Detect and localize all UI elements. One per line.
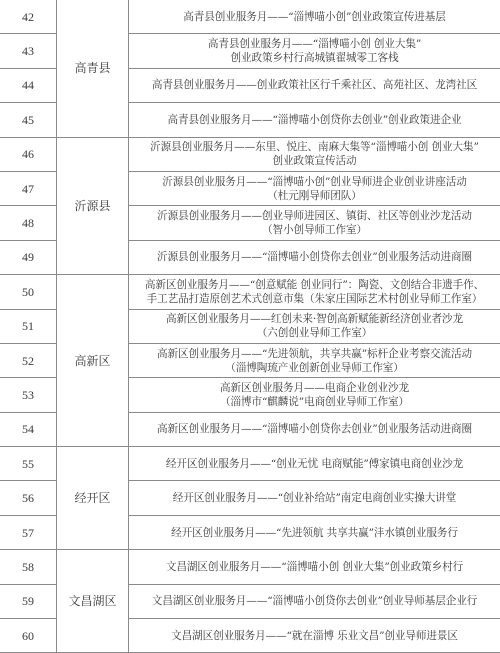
activity-table: 42高青县高青县创业服务月——“淄博喵小创”创业政策宣传进基层43高青县创业服务… <box>0 0 500 653</box>
activity-description-cell: 沂源县创业服务月——“淄博喵小创”创业导师进企业创业讲座活动（杜元刚导师团队） <box>129 171 500 205</box>
row-number-cell: 43 <box>0 34 57 68</box>
activity-description-cell: 高新区创业服务月——“先进领航，共享共赢”标杆企业考察交流活动（淄博陶琉产业创新… <box>129 343 500 377</box>
row-number-cell: 45 <box>0 103 57 137</box>
row-number-cell: 48 <box>0 206 57 240</box>
row-number-cell: 58 <box>0 550 57 584</box>
activity-description-line: 文昌湖区创业服务月——“就在淄博 乐业文昌”创业导师进景区 <box>131 629 498 643</box>
activity-description-line: 高青县创业服务月——创业政策社区行千乘社区、高苑社区、龙湾社区 <box>131 78 498 92</box>
row-number-cell: 44 <box>0 68 57 102</box>
activity-description-cell: 经开区创业服务月——“创业无忧 电商赋能”傅家镇电商创业沙龙 <box>129 447 500 481</box>
activity-description-line: 沂源县创业服务月——“淄博喵小创”创业导师进企业创业讲座活动 <box>131 175 498 189</box>
activity-description-line: （智小创导师工作室） <box>131 223 498 237</box>
activity-description-line: 经开区创业服务月——“先进领航 共享共赢”沣水镇创业服务行 <box>131 526 498 540</box>
area-cell: 沂源县 <box>57 137 129 275</box>
activity-description-cell: 高青县创业服务月——“淄博喵小创 创业大集”创业政策乡村行高城镇翟城零工客栈 <box>129 34 500 68</box>
area-cell: 高青县 <box>57 0 129 137</box>
activity-description-cell: 经开区创业服务月——“先进领航 共享共赢”沣水镇创业服务行 <box>129 515 500 549</box>
activity-description-cell: 高青县创业服务月——“淄博喵小创”创业政策宣传进基层 <box>129 0 500 34</box>
activity-description-line: （杜元刚导师团队） <box>131 189 498 203</box>
activity-description-cell: 高新区创业服务月——“淄博喵小创贷你去创业”创业服务活动进商圈 <box>129 412 500 446</box>
activity-description-cell: 沂源县创业服务月——创业导师进园区、镇街、社区等创业沙龙活动（智小创导师工作室） <box>129 206 500 240</box>
row-number-cell: 53 <box>0 378 57 412</box>
activity-description-line: 经开区创业服务月——“创业补给站”南定电商创业实操大讲堂 <box>131 491 498 505</box>
activity-description-cell: 沂源县创业服务月——东里、悦庄、南麻大集等“淄博喵小创 创业大集”创业政策宣传活… <box>129 137 500 171</box>
row-number-cell: 51 <box>0 309 57 343</box>
activity-table-body: 42高青县高青县创业服务月——“淄博喵小创”创业政策宣传进基层43高青县创业服务… <box>0 0 500 653</box>
row-number-cell: 59 <box>0 584 57 618</box>
row-number-cell: 50 <box>0 275 57 309</box>
row-number-cell: 55 <box>0 447 57 481</box>
activity-description-line: 手工艺品打造原创艺术式创意市集（朱家庄国际艺术村创业导师工作室） <box>131 292 498 306</box>
area-cell: 文昌湖区 <box>57 550 129 653</box>
table-row: 55经开区经开区创业服务月——“创业无忧 电商赋能”傅家镇电商创业沙龙 <box>0 447 500 481</box>
activity-description-line: 高青县创业服务月——“淄博喵小创贷你去创业”创业政策进企业 <box>131 113 498 127</box>
row-number-cell: 54 <box>0 412 57 446</box>
activity-description-cell: 文昌湖区创业服务月——“淄博喵小创 创业大集”创业政策乡村行 <box>129 550 500 584</box>
activity-description-line: 高新区创业服务月——电商企业创业沙龙 <box>131 381 498 395</box>
table-row: 46沂源县沂源县创业服务月——东里、悦庄、南麻大集等“淄博喵小创 创业大集”创业… <box>0 137 500 171</box>
table-row: 42高青县高青县创业服务月——“淄博喵小创”创业政策宣传进基层 <box>0 0 500 34</box>
activity-description-cell: 高新区创业服务月——“创意赋能 创业同行”：陶瓷、文创结合非遗手作、手工艺品打造… <box>129 275 500 309</box>
row-number-cell: 42 <box>0 0 57 34</box>
activity-description-line: 高新区创业服务月——“先进领航，共享共赢”标杆企业考察交流活动 <box>131 347 498 361</box>
activity-description-cell: 文昌湖区创业服务月——“淄博喵小创贷你去创业”创业导师基层企业行 <box>129 584 500 618</box>
activity-description-line: （六创创业导师工作室） <box>131 326 498 340</box>
activity-description-line: 高新区创业服务月——“淄博喵小创贷你去创业”创业服务活动进商圈 <box>131 422 498 436</box>
activity-description-cell: 文昌湖区创业服务月——“就在淄博 乐业文昌”创业导师进景区 <box>129 619 500 653</box>
activity-description-line: 高新区创业服务月——“创意赋能 创业同行”：陶瓷、文创结合非遗手作、 <box>131 278 498 292</box>
row-number-cell: 56 <box>0 481 57 515</box>
activity-description-line: （淄博市“麒麟说”电商创业导师工作室） <box>131 395 498 409</box>
activity-description-line: （淄博陶琉产业创新创业导师工作室） <box>131 361 498 375</box>
activity-description-line: 创业政策宣传活动 <box>131 154 498 168</box>
row-number-cell: 49 <box>0 240 57 274</box>
activity-description-cell: 沂源县创业服务月——“淄博喵小创贷你去创业”创业服务活动进商圈 <box>129 240 500 274</box>
activity-description-line: 文昌湖区创业服务月——“淄博喵小创 创业大集”创业政策乡村行 <box>131 560 498 574</box>
row-number-cell: 46 <box>0 137 57 171</box>
row-number-cell: 52 <box>0 343 57 377</box>
activity-description-cell: 高青县创业服务月——创业政策社区行千乘社区、高苑社区、龙湾社区 <box>129 68 500 102</box>
activity-description-cell: 经开区创业服务月——“创业补给站”南定电商创业实操大讲堂 <box>129 481 500 515</box>
table-row: 50高新区高新区创业服务月——“创意赋能 创业同行”：陶瓷、文创结合非遗手作、手… <box>0 275 500 309</box>
activity-description-cell: 高青县创业服务月——“淄博喵小创贷你去创业”创业政策进企业 <box>129 103 500 137</box>
table-row: 58文昌湖区文昌湖区创业服务月——“淄博喵小创 创业大集”创业政策乡村行 <box>0 550 500 584</box>
activity-description-cell: 高新区创业服务月——红创未来·智创高新赋能新经济创业者沙龙（六创创业导师工作室） <box>129 309 500 343</box>
activity-description-line: 沂源县创业服务月——东里、悦庄、南麻大集等“淄博喵小创 创业大集” <box>131 140 498 154</box>
row-number-cell: 47 <box>0 171 57 205</box>
activity-description-line: 文昌湖区创业服务月——“淄博喵小创贷你去创业”创业导师基层企业行 <box>131 594 498 608</box>
area-cell: 经开区 <box>57 447 129 550</box>
activity-description-line: 沂源县创业服务月——创业导师进园区、镇街、社区等创业沙龙活动 <box>131 209 498 223</box>
activity-description-line: 经开区创业服务月——“创业无忧 电商赋能”傅家镇电商创业沙龙 <box>131 457 498 471</box>
row-number-cell: 57 <box>0 515 57 549</box>
activity-description-line: 高青县创业服务月——“淄博喵小创”创业政策宣传进基层 <box>131 10 498 24</box>
activity-description-line: 沂源县创业服务月——“淄博喵小创贷你去创业”创业服务活动进商圈 <box>131 250 498 264</box>
activity-description-line: 创业政策乡村行高城镇翟城零工客栈 <box>131 51 498 65</box>
row-number-cell: 60 <box>0 619 57 653</box>
activity-description-line: 高青县创业服务月——“淄博喵小创 创业大集” <box>131 37 498 51</box>
area-cell: 高新区 <box>57 275 129 447</box>
activity-description-cell: 高新区创业服务月——电商企业创业沙龙（淄博市“麒麟说”电商创业导师工作室） <box>129 378 500 412</box>
activity-description-line: 高新区创业服务月——红创未来·智创高新赋能新经济创业者沙龙 <box>131 312 498 326</box>
